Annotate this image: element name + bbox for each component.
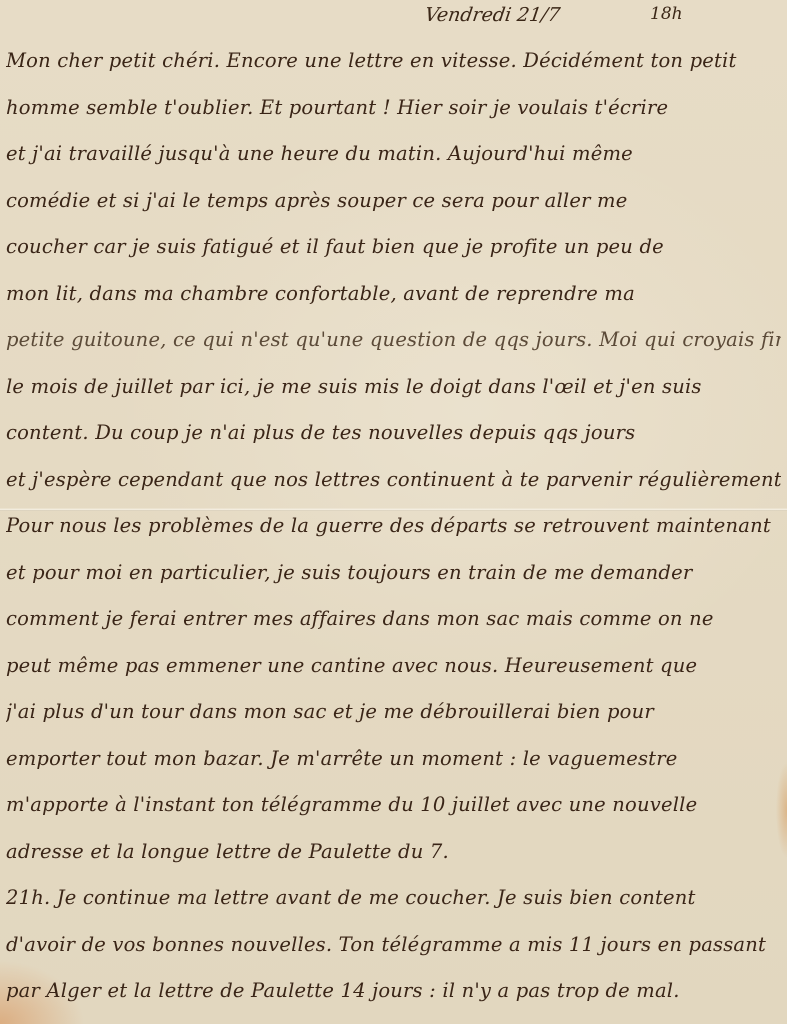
letter-line: coucher car je suis fatigué et il faut b… <box>6 224 781 271</box>
letter-body: Mon cher petit chéri. Encore une lettre … <box>6 38 781 1015</box>
letter-line: Mon cher petit chéri. Encore une lettre … <box>6 38 781 85</box>
letter-line: d'avoir de vos bonnes nouvelles. Ton tél… <box>6 922 781 969</box>
letter-line: comédie et si j'ai le temps après souper… <box>6 178 781 225</box>
letter-line: petite guitoune, ce qui n'est qu'une que… <box>6 317 781 364</box>
letter-line: emporter tout mon bazar. Je m'arrête un … <box>6 736 781 783</box>
letter-line: mon lit, dans ma chambre confortable, av… <box>6 271 781 318</box>
letter-line: content. Du coup je n'ai plus de tes nou… <box>6 410 781 457</box>
letter-line: homme semble t'oublier. Et pourtant ! Hi… <box>6 85 781 132</box>
letter-time: 18h <box>650 4 683 24</box>
letter-line: m'apporte à l'instant ton télégramme du … <box>6 782 781 829</box>
letter-line: comment je ferai entrer mes affaires dan… <box>6 596 781 643</box>
letter-line: et j'espère cependant que nos lettres co… <box>6 457 781 504</box>
letter-header: Vendredi 21/7 18h <box>0 2 787 36</box>
letter-line: et pour moi en particulier, je suis touj… <box>6 550 781 597</box>
letter-line: le mois de juillet par ici, je me suis m… <box>6 364 781 411</box>
letter-date: Vendredi 21/7 <box>423 4 561 26</box>
letter-line: adresse et la longue lettre de Paulette … <box>6 829 781 876</box>
letter-line: peut même pas emmener une cantine avec n… <box>6 643 781 690</box>
letter-line: et j'ai travaillé jusqu'à une heure du m… <box>6 131 781 178</box>
letter-line: Pour nous les problèmes de la guerre des… <box>6 503 781 550</box>
letter-page: Vendredi 21/7 18h Mon cher petit chéri. … <box>0 0 787 1024</box>
letter-line: 21h. Je continue ma lettre avant de me c… <box>6 875 781 922</box>
letter-line: par Alger et la lettre de Paulette 14 jo… <box>6 968 781 1015</box>
letter-line: j'ai plus d'un tour dans mon sac et je m… <box>6 689 781 736</box>
